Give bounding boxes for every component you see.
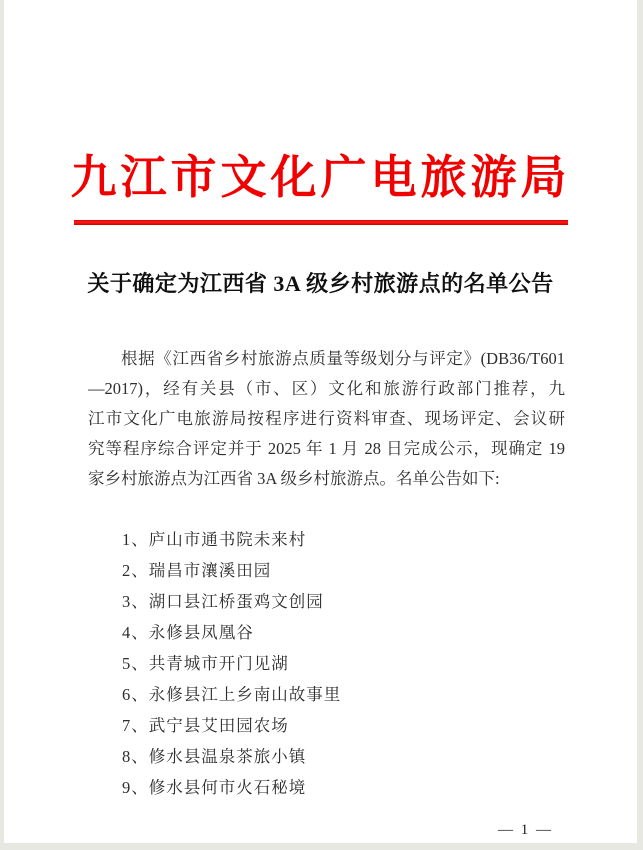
list-item: 7、武宁县艾田园农场: [122, 710, 637, 741]
paragraph-line: —2017)，经有关县（市、区）文化和旅游行政部门推荐，九: [88, 374, 565, 404]
paragraph-line: 究等程序综合评定并于 2025 年 1 月 28 日完成公示，现确定 19: [88, 434, 565, 464]
list-item: 2、瑞昌市瀼溪田园: [122, 555, 637, 586]
list-item: 6、永修县江上乡南山故事里: [122, 679, 637, 710]
list-item: 3、湖口县江桥蛋鸡文创园: [122, 586, 637, 617]
document-page: 九江市文化广电旅游局 关于确定为江西省 3A 级乡村旅游点的名单公告 根据《江西…: [4, 0, 637, 843]
list-item: 5、共青城市开门见湖: [122, 648, 637, 679]
paragraph-line: 家乡村旅游点为江西省 3A 级乡村旅游点。名单公告如下:: [88, 464, 565, 494]
paragraph-line: 江市文化广电旅游局按程序进行资料审查、现场评定、会议研: [88, 404, 565, 434]
tourism-site-list: 1、庐山市通书院未来村 2、瑞昌市瀼溪田园 3、湖口县江桥蛋鸡文创园 4、永修县…: [122, 524, 637, 803]
red-divider-line: [74, 220, 568, 225]
list-item: 1、庐山市通书院未来村: [122, 524, 637, 555]
list-item: 8、修水县温泉茶旅小镇: [122, 741, 637, 772]
document-title: 关于确定为江西省 3A 级乡村旅游点的名单公告: [4, 269, 637, 299]
list-item: 9、修水县何市火石秘境: [122, 772, 637, 803]
paragraph-line: 根据《江西省乡村旅游点质量等级划分与评定》(DB36/T601: [88, 344, 565, 374]
page-number: — 1 —: [498, 822, 553, 839]
list-item: 4、永修县凤凰谷: [122, 617, 637, 648]
announcement-paragraph: 根据《江西省乡村旅游点质量等级划分与评定》(DB36/T601 —2017)，经…: [88, 344, 565, 494]
agency-letterhead: 九江市文化广电旅游局: [4, 0, 637, 212]
